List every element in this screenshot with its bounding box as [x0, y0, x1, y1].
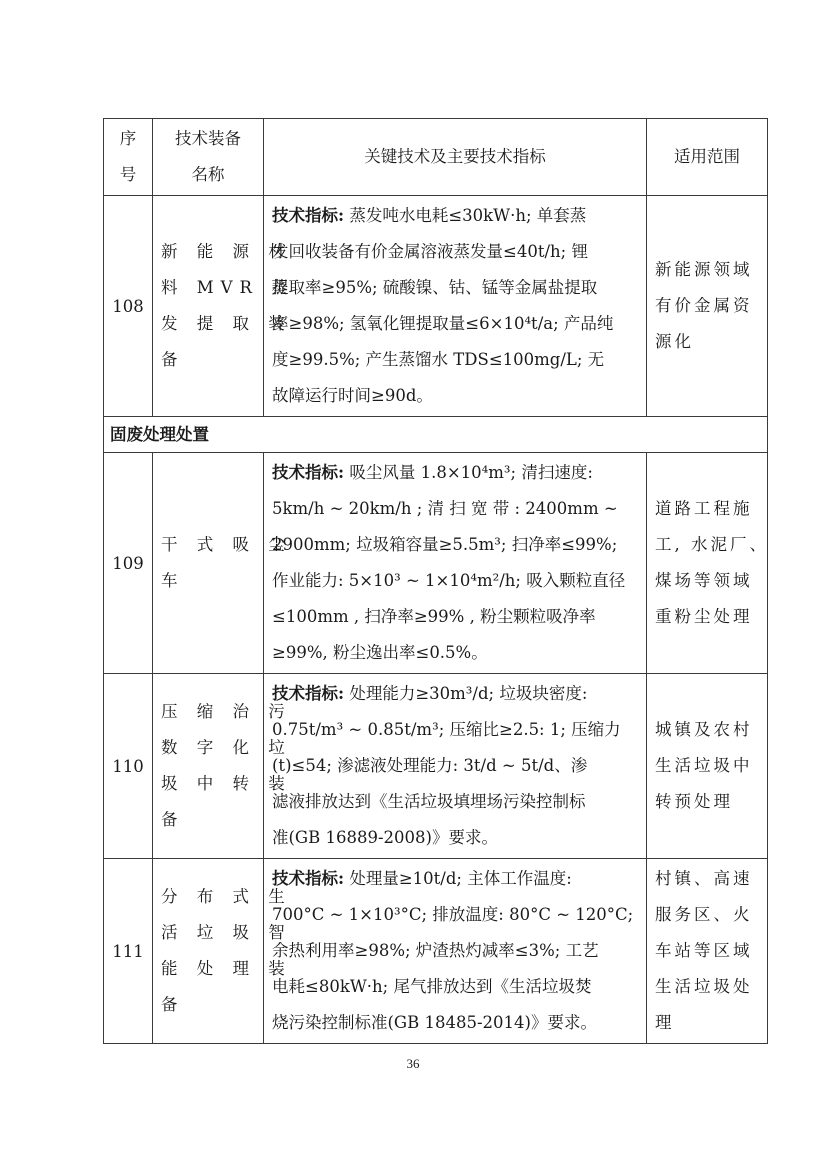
- name-line: 备: [161, 987, 257, 1023]
- tech-line: 2900mm; 垃圾箱容量≥5.5m³; 扫净率≤99%;: [272, 527, 640, 563]
- name-line: 压 缩 治 污: [161, 694, 257, 730]
- scope-line: 车站等区域: [655, 933, 761, 969]
- row-tech-spec: 技术指标: 处理量≥10t/d; 主体工作温度: 700°C ~ 1×10³°C…: [264, 859, 647, 1044]
- row-serial-number: 110: [104, 674, 153, 859]
- tech-line: 率≥98%; 氢氧化锂提取量≤6×10⁴t/a; 产品纯: [272, 306, 640, 342]
- scope-line: 生活垃圾中: [655, 748, 761, 784]
- name-line: 发 提 取 装: [161, 306, 257, 342]
- tech-line: 发回收装备有价金属溶液蒸发量≤40t/h; 锂: [272, 234, 640, 270]
- tech-line: ≥99%, 粉尘逸出率≤0.5%。: [272, 635, 640, 671]
- row-tech-spec: 技术指标: 吸尘风量 1.8×10⁴m³; 清扫速度: 5km/h ~ 20km…: [264, 453, 647, 674]
- scope-line: 生活垃圾处: [655, 969, 761, 1005]
- header-key-tech: 关键技术及主要技术指标: [264, 119, 647, 196]
- scope-line: 服务区、火: [655, 897, 761, 933]
- header-name-line1: 技术装备: [153, 121, 263, 157]
- name-line: 能 处 理 装: [161, 951, 257, 987]
- table-row: 108 新 能 源 材 料 MVR 蒸 发 提 取 装 备 技术指标: 蒸发吨水…: [104, 196, 768, 417]
- table-row: 109 干 式 吸 尘 车 技术指标: 吸尘风量 1.8×10⁴m³; 清扫速度…: [104, 453, 768, 674]
- name-line: 数 字 化 垃: [161, 730, 257, 766]
- equipment-spec-table: 序 号 技术装备 名称 关键技术及主要技术指标 适用范围 108 新 能 源 材…: [103, 118, 768, 1044]
- header-scope: 适用范围: [647, 119, 768, 196]
- header-name-line2: 名称: [153, 157, 263, 193]
- scope-line: 工, 水泥厂、: [655, 527, 761, 563]
- row-equipment-name: 新 能 源 材 料 MVR 蒸 发 提 取 装 备: [153, 196, 264, 417]
- tech-line: 700°C ~ 1×10³°C; 排放温度: 80°C ~ 120°C;: [272, 897, 640, 933]
- row-scope: 城镇及农村 生活垃圾中 转预处理: [647, 674, 768, 859]
- tech-line: 滤液排放达到《生活垃圾填埋场污染控制标: [272, 784, 640, 820]
- scope-line: 有价金属资: [655, 288, 761, 324]
- tech-label: 技术指标:: [272, 869, 344, 888]
- tech-text: 蒸发吨水电耗≤30kW·h; 单套蒸: [344, 206, 586, 225]
- tech-label: 技术指标:: [272, 206, 344, 225]
- name-line: 料 MVR 蒸: [161, 270, 257, 306]
- scope-line: 重粉尘处理: [655, 599, 761, 635]
- section-title: 固废处理处置: [104, 417, 768, 453]
- tech-line: 余热利用率≥98%; 炉渣热灼减率≤3%; 工艺: [272, 933, 640, 969]
- row-scope: 道路工程施 工, 水泥厂、 煤场等领域 重粉尘处理: [647, 453, 768, 674]
- tech-label: 技术指标:: [272, 684, 344, 703]
- tech-text: 吸尘风量 1.8×10⁴m³; 清扫速度:: [344, 463, 593, 482]
- table-header-row: 序 号 技术装备 名称 关键技术及主要技术指标 适用范围: [104, 119, 768, 196]
- name-line: 备: [161, 802, 257, 838]
- tech-line: ≤100mm , 扫净率≥99% , 粉尘颗粒吸净率: [272, 599, 640, 635]
- scope-line: 新能源领域: [655, 252, 761, 288]
- name-line: 活 垃 圾 智: [161, 915, 257, 951]
- name-line: 新 能 源 材: [161, 234, 257, 270]
- document-page: 序 号 技术装备 名称 关键技术及主要技术指标 适用范围 108 新 能 源 材…: [0, 0, 826, 1169]
- section-row: 固废处理处置: [104, 417, 768, 453]
- scope-line: 理: [655, 1005, 761, 1041]
- tech-line: 技术指标: 处理量≥10t/d; 主体工作温度:: [272, 861, 640, 897]
- tech-line: 5km/h ~ 20km/h ; 清 扫 宽 带 : 2400mm ~: [272, 491, 640, 527]
- scope-line: 煤场等领域: [655, 563, 761, 599]
- table-row: 111 分 布 式 生 活 垃 圾 智 能 处 理 装 备 技术指标: 处理量≥…: [104, 859, 768, 1044]
- scope-line: 道路工程施: [655, 491, 761, 527]
- row-serial-number: 109: [104, 453, 153, 674]
- row-equipment-name: 分 布 式 生 活 垃 圾 智 能 处 理 装 备: [153, 859, 264, 1044]
- name-line: 备: [161, 342, 257, 378]
- tech-label: 技术指标:: [272, 463, 344, 482]
- tech-line: 技术指标: 处理能力≥30m³/d; 垃圾块密度:: [272, 676, 640, 712]
- scope-line: 源化: [655, 324, 761, 360]
- name-line: 分 布 式 生: [161, 879, 257, 915]
- row-scope: 村镇、高速 服务区、火 车站等区域 生活垃圾处 理: [647, 859, 768, 1044]
- name-line: 干 式 吸 尘: [161, 527, 257, 563]
- row-equipment-name: 压 缩 治 污 数 字 化 垃 圾 中 转 装 备: [153, 674, 264, 859]
- header-serial-line2: 号: [104, 157, 152, 193]
- name-line: 圾 中 转 装: [161, 766, 257, 802]
- row-tech-spec: 技术指标: 蒸发吨水电耗≤30kW·h; 单套蒸 发回收装备有价金属溶液蒸发量≤…: [264, 196, 647, 417]
- tech-text: 处理能力≥30m³/d; 垃圾块密度:: [344, 684, 587, 703]
- tech-line: 故障运行时间≥90d。: [272, 378, 640, 414]
- tech-line: 提取率≥95%; 硫酸镍、钴、锰等金属盐提取: [272, 270, 640, 306]
- tech-line: 度≥99.5%; 产生蒸馏水 TDS≤100mg/L; 无: [272, 342, 640, 378]
- scope-line: 转预处理: [655, 784, 761, 820]
- tech-line: 作业能力: 5×10³ ~ 1×10⁴m²/h; 吸入颗粒直径: [272, 563, 640, 599]
- page-number: 36: [0, 1056, 826, 1072]
- scope-line: 城镇及农村: [655, 712, 761, 748]
- name-line: 车: [161, 563, 257, 599]
- header-serial-line1: 序: [104, 121, 152, 157]
- table-row: 110 压 缩 治 污 数 字 化 垃 圾 中 转 装 备 技术指标: 处理能力…: [104, 674, 768, 859]
- row-serial-number: 108: [104, 196, 153, 417]
- tech-line: 烧污染控制标准(GB 18485-2014)》要求。: [272, 1005, 640, 1041]
- tech-line: 技术指标: 蒸发吨水电耗≤30kW·h; 单套蒸: [272, 198, 640, 234]
- row-scope: 新能源领域 有价金属资 源化: [647, 196, 768, 417]
- row-equipment-name: 干 式 吸 尘 车: [153, 453, 264, 674]
- tech-line: 技术指标: 吸尘风量 1.8×10⁴m³; 清扫速度:: [272, 455, 640, 491]
- tech-line: 准(GB 16889-2008)》要求。: [272, 820, 640, 856]
- tech-text: 处理量≥10t/d; 主体工作温度:: [344, 869, 572, 888]
- tech-line: (t)≤54; 渗滤液处理能力: 3t/d ~ 5t/d、渗: [272, 748, 640, 784]
- row-serial-number: 111: [104, 859, 153, 1044]
- header-equipment-name: 技术装备 名称: [153, 119, 264, 196]
- scope-line: 村镇、高速: [655, 861, 761, 897]
- tech-line: 电耗≤80kW·h; 尾气排放达到《生活垃圾焚: [272, 969, 640, 1005]
- header-serial-number: 序 号: [104, 119, 153, 196]
- tech-line: 0.75t/m³ ~ 0.85t/m³; 压缩比≥2.5: 1; 压缩力: [272, 712, 640, 748]
- row-tech-spec: 技术指标: 处理能力≥30m³/d; 垃圾块密度: 0.75t/m³ ~ 0.8…: [264, 674, 647, 859]
